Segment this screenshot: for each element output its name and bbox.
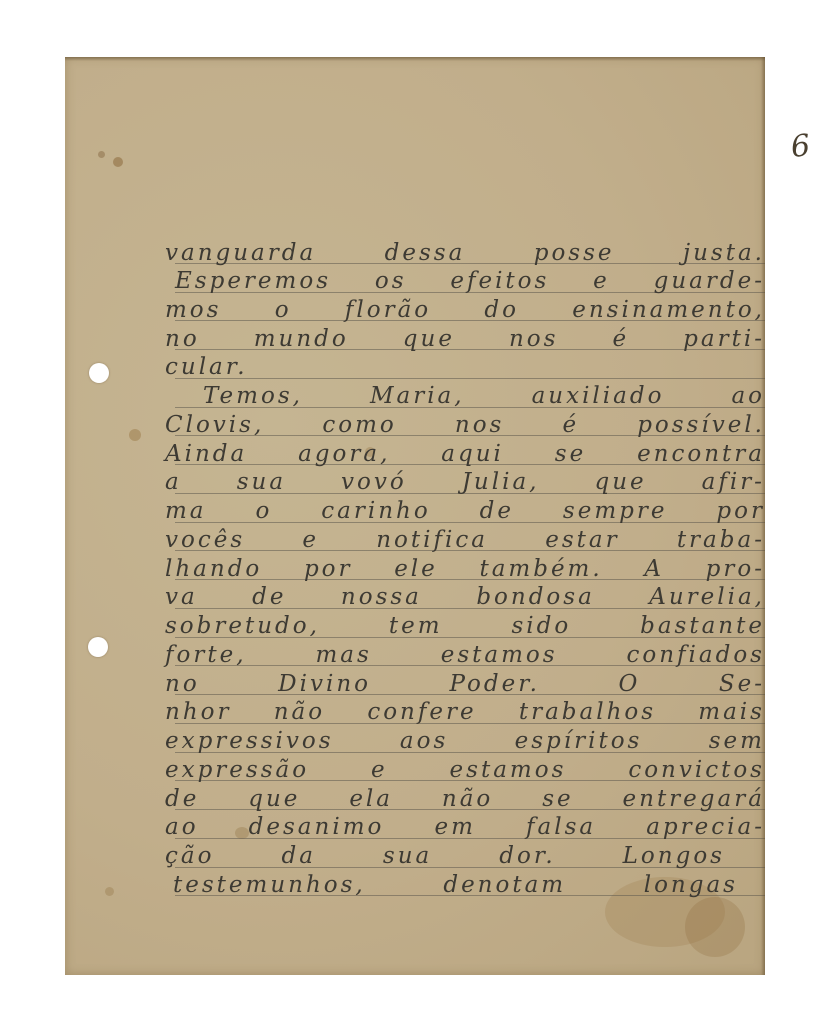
word: ao (731, 382, 765, 410)
word: Ainda (165, 440, 247, 468)
word: Esperemos (175, 267, 331, 295)
stain (105, 887, 114, 896)
text-line: çãodasuador.Longos (165, 842, 725, 870)
punch-hole (89, 363, 109, 383)
word: Clovis, (165, 411, 264, 439)
word: mundo (254, 325, 349, 353)
word: desanimo (249, 813, 385, 841)
word: ensinamento, (572, 296, 765, 324)
word: justa. (683, 239, 765, 267)
word: espíritos (515, 727, 643, 755)
word: carinho (321, 497, 430, 525)
stain (113, 157, 123, 167)
word: Temos, (203, 382, 303, 410)
word: nossa (341, 583, 422, 611)
word: de (252, 583, 286, 611)
word: nhor (165, 698, 231, 726)
text-line: aodesanimoemfalsaaprecia- (165, 813, 765, 841)
word: longas (644, 871, 738, 899)
stain (129, 429, 141, 441)
text-line: nhornãoconferetrabalhosmais (165, 698, 765, 726)
word: Longos (623, 842, 725, 870)
word: o (275, 296, 292, 324)
word: no (165, 670, 200, 698)
word: convictos (628, 756, 765, 784)
text-line: lhandoporeletambém.Apro- (165, 555, 765, 583)
word: o (255, 497, 272, 525)
document-page: 6 vanguardadessapossejusta. Esperemosose… (65, 57, 765, 975)
word: de (480, 497, 514, 525)
text-line: maocarinhodesemprepor (165, 497, 765, 525)
word: agora, (298, 440, 390, 468)
word: traba- (677, 526, 765, 554)
word: se (555, 440, 586, 468)
word: os (375, 267, 407, 295)
word: mos (165, 296, 221, 324)
word: no (165, 325, 200, 353)
word: de (165, 785, 199, 813)
text-line: cular. (165, 353, 765, 381)
word: entregará (623, 785, 765, 813)
word: confere (367, 698, 476, 726)
word: aprecia- (646, 813, 765, 841)
word: é (613, 325, 630, 353)
word: e (371, 756, 388, 784)
page-number: 6 (789, 128, 812, 165)
word: aqui (441, 440, 504, 468)
word: por (304, 555, 353, 583)
word: bondosa (476, 583, 594, 611)
word: auxiliado (532, 382, 665, 410)
word: dessa (385, 239, 466, 267)
text-line: asuavovóJulia,queafir- (165, 468, 765, 496)
word: testemunhos, (173, 871, 366, 899)
word: Julia, (462, 468, 540, 496)
word: sem (709, 727, 765, 755)
word: falsa (526, 813, 596, 841)
word: sempre (563, 497, 668, 525)
word: que (403, 325, 455, 353)
word: efeitos (450, 267, 549, 295)
word: sua (383, 842, 432, 870)
text-line: mosoflorãodoensinamento, (165, 296, 765, 324)
word: bastante (640, 612, 765, 640)
word: expressão (165, 756, 309, 784)
word: Se- (719, 670, 765, 698)
punch-hole (88, 637, 108, 657)
word: cular. (165, 353, 248, 381)
word: em (434, 813, 475, 841)
word: a (165, 468, 182, 496)
word: estamos (450, 756, 567, 784)
word: nos (455, 411, 504, 439)
word: se (542, 785, 573, 813)
text-line: nomundoquenoséparti- (165, 325, 765, 353)
word: pro- (706, 555, 765, 583)
word: e (302, 526, 319, 554)
word: O (619, 670, 641, 698)
word: estar (545, 526, 619, 554)
word: encontra (637, 440, 765, 468)
text-line: vocêsenotificaestartraba- (165, 526, 765, 554)
text-line: Aindaagora,aquiseencontra (165, 440, 765, 468)
text-line: dequeelanãoseentregará (165, 785, 765, 813)
word: Poder. (449, 670, 540, 698)
text-line: Temos,Maria,auxiliadoao (165, 382, 765, 410)
word: como (322, 411, 396, 439)
text-line: vanguardadessapossejusta. (165, 239, 765, 267)
word: tem (389, 612, 443, 640)
word: nos (509, 325, 558, 353)
word: não (442, 785, 493, 813)
word: afir- (702, 468, 765, 496)
text-line: sobretudo,temsidobastante (165, 612, 765, 640)
word: confiados (626, 641, 765, 669)
word: vovó (341, 468, 407, 496)
word: denotam (443, 871, 566, 899)
word: Aurelia, (649, 583, 765, 611)
word: ao (165, 813, 199, 841)
word: dor. (499, 842, 555, 870)
word: sobretudo, (165, 612, 320, 640)
word: que (594, 468, 646, 496)
word: vocês (165, 526, 245, 554)
word: posse (534, 239, 615, 267)
word: também. (479, 555, 602, 583)
word: estamos (441, 641, 558, 669)
word: da (281, 842, 315, 870)
word: aos (400, 727, 448, 755)
word: ção (165, 842, 214, 870)
word: florão (345, 296, 431, 324)
word: vanguarda (165, 239, 316, 267)
word: notifica (376, 526, 488, 554)
word: ela (349, 785, 393, 813)
word: do (484, 296, 519, 324)
word: mas (315, 641, 371, 669)
word: ele (394, 555, 438, 583)
word: possível. (637, 411, 765, 439)
word: parti- (683, 325, 765, 353)
text-line: vadenossabondosaAurelia, (165, 583, 765, 611)
text-line: noDivinoPoder.OSe- (165, 670, 765, 698)
word: que (248, 785, 300, 813)
word: forte, (165, 641, 247, 669)
word: sua (237, 468, 286, 496)
word: Divino (278, 670, 371, 698)
word: não (274, 698, 325, 726)
word: A (644, 555, 664, 583)
word: por (716, 497, 765, 525)
word: expressivos (165, 727, 334, 755)
word: va (165, 583, 198, 611)
text-line: Clovis,comonosépossível. (165, 411, 765, 439)
stain (98, 151, 105, 158)
word: é (562, 411, 579, 439)
text-line: expressivosaosespíritossem (165, 727, 765, 755)
word: ma (165, 497, 207, 525)
word: mais (698, 698, 765, 726)
text-line: expressãoeestamosconvictos (165, 756, 765, 784)
word: trabalhos (519, 698, 656, 726)
word: lhando (165, 555, 262, 583)
word: Maria, (370, 382, 465, 410)
text-line: forte,masestamosconfiados (165, 641, 765, 669)
text-line: testemunhos,denotamlongas (165, 871, 738, 899)
word: sido (511, 612, 571, 640)
text-line: Esperemososefeitoseguarde- (165, 267, 765, 295)
word: e (593, 267, 610, 295)
word: guarde- (654, 267, 765, 295)
